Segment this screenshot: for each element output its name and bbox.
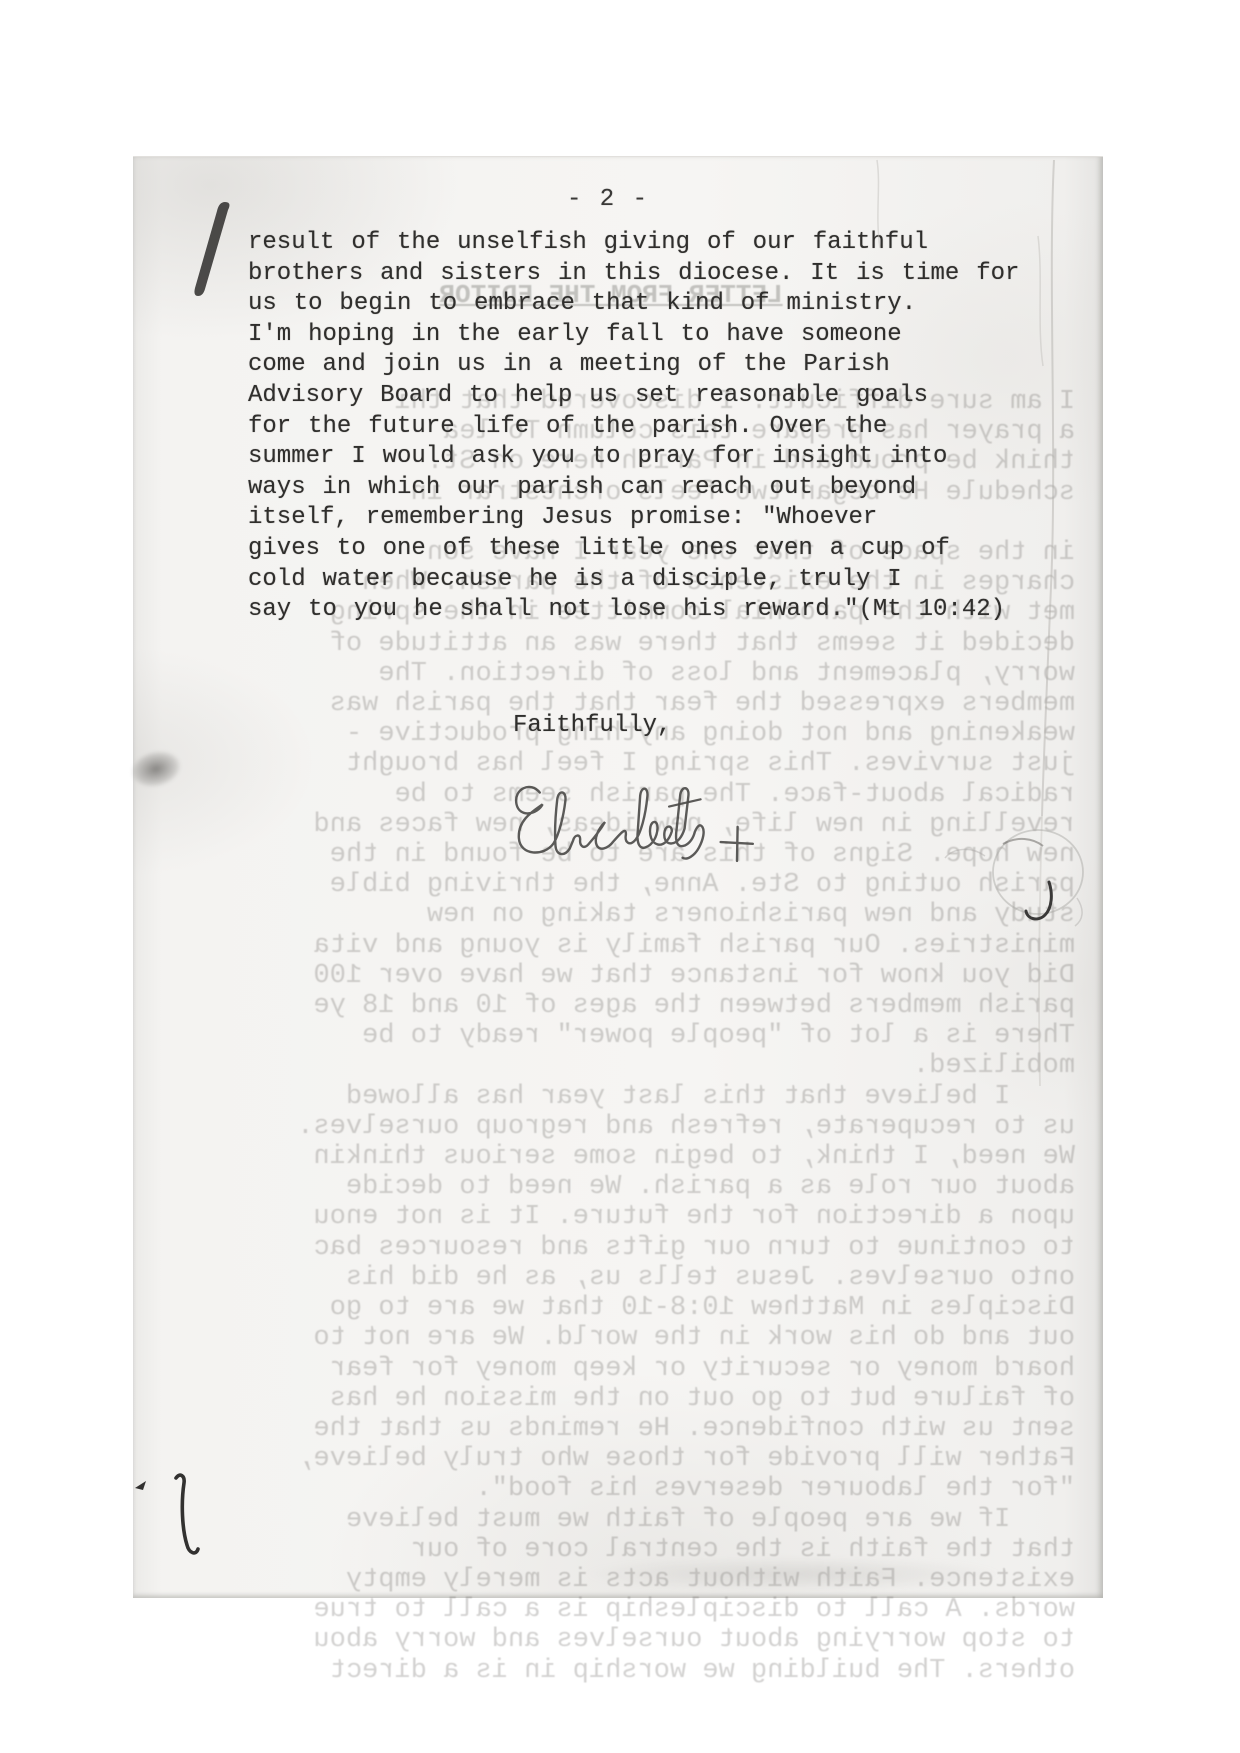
pen-stroke-mark [176,1475,198,1553]
signature-name-stroke [515,775,705,870]
bleed-through-line: words. A call to discipleship is a call … [147,1595,1075,1625]
signature [515,772,754,876]
pen-tick-mark [135,1481,146,1490]
scanned-letter-page: LETTER FROM THE EDITOR I am sure difficu… [133,156,1103,1598]
wrinkle-lines [877,160,1043,366]
fold-crease [1042,160,1054,816]
crease-tails [945,849,1082,926]
fold-crease-lower [1039,816,1042,1086]
signature-t-crossbar [669,799,701,806]
paper-marks-overlay [133,156,1103,1598]
pen-slash-mark [194,202,229,296]
bleed-through-line: to stop worrying about ourselves and wor… [147,1625,1075,1655]
cross-icon [720,826,754,862]
bleed-through-line: others. The building we worship in is a … [147,1656,1075,1686]
